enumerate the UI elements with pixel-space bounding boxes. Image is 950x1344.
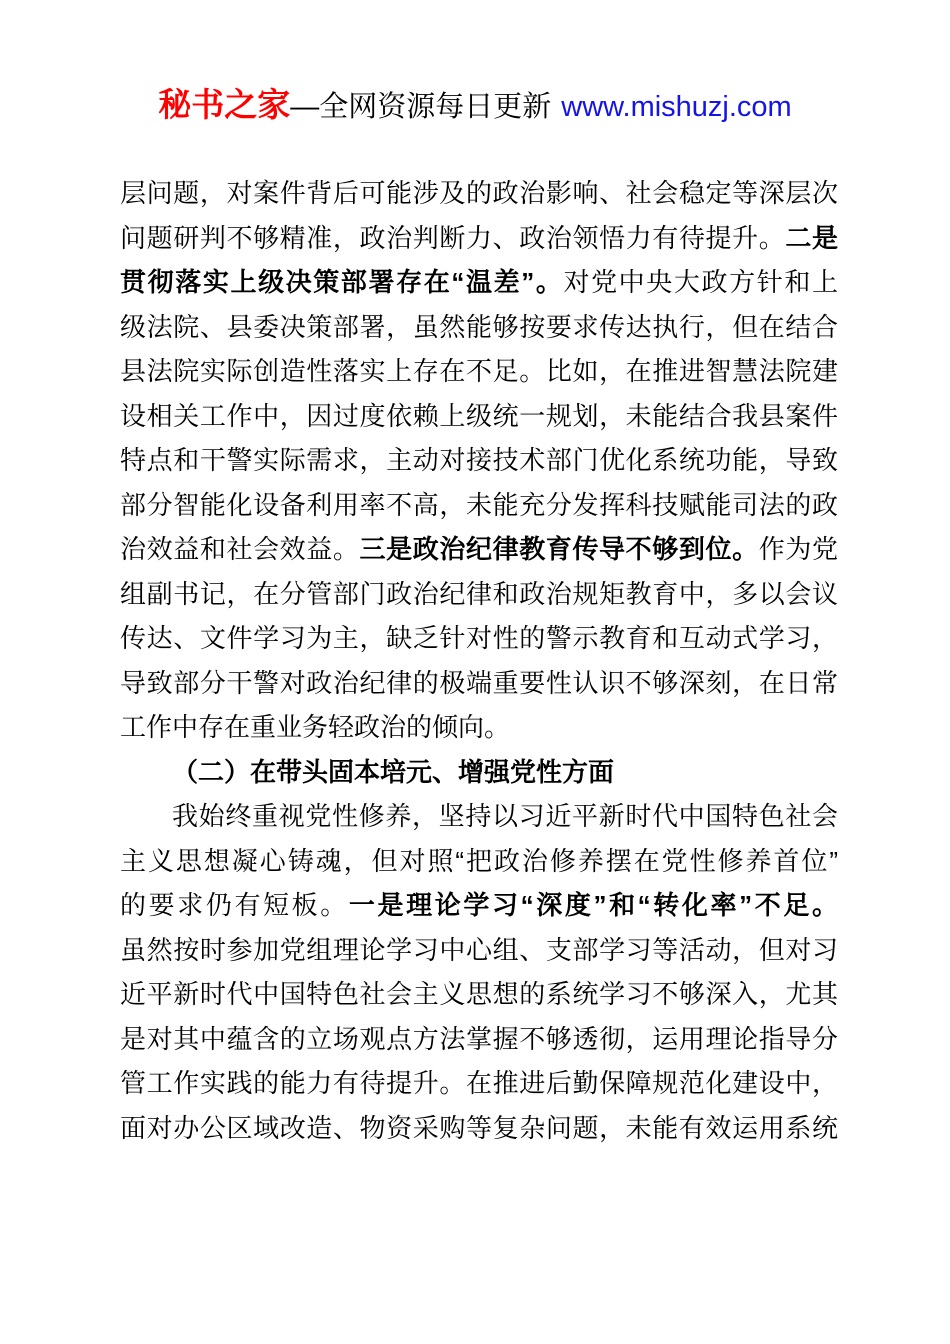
bold-text-segment: 三是政治纪律教育传导不够到位。 (360, 534, 759, 564)
text-segment: 导致部分干警对政治纪律的极端重要性认识不够深刻，在日常 (120, 668, 838, 698)
text-segment: 问题研判不够精准，政治判断力、政治领悟力有待提升。 (120, 223, 785, 253)
site-tagline: —全网资源每日更新 (290, 91, 551, 123)
text-line: 虽然按时参加党组理论学习中心组、支部学习等活动，但对习 (120, 928, 838, 973)
text-segment: 特点和干警实际需求，主动对接技术部门优化系统功能，导致 (120, 445, 838, 475)
text-segment: 传达、文件学习为主，缺乏针对性的警示教育和互动式学习， (120, 623, 838, 653)
text-line: 工作中存在重业务轻政治的倾向。 (120, 705, 838, 750)
text-line: 县法院实际创造性落实上存在不足。比如，在推进智慧法院建 (120, 349, 838, 394)
text-line: 层问题，对案件背后可能涉及的政治影响、社会稳定等深层次 (120, 171, 838, 216)
text-line: 部分智能化设备利用率不高，未能充分发挥科技赋能司法的政 (120, 483, 838, 528)
site-url-link[interactable]: www.mishuzj.com (561, 91, 791, 123)
text-segment: 设相关工作中，因过度依赖上级统一规划，未能结合我县案件 (120, 401, 838, 431)
text-segment: 层问题，对案件背后可能涉及的政治影响、社会稳定等深层次 (120, 178, 838, 208)
text-segment: 近平新时代中国特色社会主义思想的系统学习不够深入，尤其 (120, 979, 838, 1009)
text-line: 特点和干警实际需求，主动对接技术部门优化系统功能，导致 (120, 438, 838, 483)
text-line: 组副书记，在分管部门政治纪律和政治规矩教育中，多以会议 (120, 572, 838, 617)
bold-text-segment: 二是 (785, 223, 838, 253)
text-segment: 工作中存在重业务轻政治的倾向。 (120, 712, 510, 742)
text-line: 主义思想凝心铸魂，但对照“把政治修养摆在党性修养首位” (120, 839, 838, 884)
text-line: 传达、文件学习为主，缺乏针对性的警示教育和互动式学习， (120, 616, 838, 661)
text-line: 管工作实践的能力有待提升。在推进后勤保障规范化建设中， (120, 1061, 838, 1106)
text-segment: 我始终重视党性修养，坚持以习近平新时代中国特色社会 (172, 801, 838, 831)
text-line: 面对办公区域改造、物资采购等复杂问题，未能有效运用系统 (120, 1106, 838, 1151)
text-segment: 作为党 (759, 534, 838, 564)
text-line: 我始终重视党性修养，坚持以习近平新时代中国特色社会 (120, 794, 838, 839)
text-segment: 治效益和社会效益。 (120, 534, 360, 564)
text-segment: 是对其中蕴含的立场观点方法掌握不够透彻，运用理论指导分 (120, 1024, 838, 1054)
text-segment: 部分智能化设备利用率不高，未能充分发挥科技赋能司法的政 (120, 490, 838, 520)
document-body: 层问题，对案件背后可能涉及的政治影响、社会稳定等深层次问题研判不够精准，政治判断… (120, 171, 838, 1150)
text-line: 设相关工作中，因过度依赖上级统一规划，未能结合我县案件 (120, 394, 838, 439)
bold-text-segment: 一是理论学习“深度”和“转化率”不足。 (349, 890, 838, 920)
text-line: 是对其中蕴含的立场观点方法掌握不够透彻，运用理论指导分 (120, 1017, 838, 1062)
text-segment: 面对办公区域改造、物资采购等复杂问题，未能有效运用系统 (120, 1113, 838, 1143)
text-line: 的要求仍有短板。一是理论学习“深度”和“转化率”不足。 (120, 883, 838, 928)
text-line: 贯彻落实上级决策部署存在“温差”。对党中央大政方针和上 (120, 260, 838, 305)
text-line: 近平新时代中国特色社会主义思想的系统学习不够深入，尤其 (120, 972, 838, 1017)
site-header: 秘书之家—全网资源每日更新www.mishuzj.com (0, 86, 950, 126)
text-line: 问题研判不够精准，政治判断力、政治领悟力有待提升。二是 (120, 216, 838, 261)
text-segment: 组副书记，在分管部门政治纪律和政治规矩教育中，多以会议 (120, 579, 838, 609)
text-segment: 级法院、县委决策部署，虽然能够按要求传达执行，但在结合 (120, 312, 838, 342)
document-page: 秘书之家—全网资源每日更新www.mishuzj.com 层问题，对案件背后可能… (0, 0, 950, 1344)
bold-text-segment: 贯彻落实上级决策部署存在“温差”。 (120, 267, 563, 297)
text-segment: 虽然按时参加党组理论学习中心组、支部学习等活动，但对习 (120, 935, 838, 965)
text-line: 导致部分干警对政治纪律的极端重要性认识不够深刻，在日常 (120, 661, 838, 706)
text-segment: 对党中央大政方针和上 (563, 267, 838, 297)
text-segment: 县法院实际创造性落实上存在不足。比如，在推进智慧法院建 (120, 356, 838, 386)
text-line: 级法院、县委决策部署，虽然能够按要求传达执行，但在结合 (120, 305, 838, 350)
section-heading: （二）在带头固本培元、增强党性方面 (120, 750, 838, 795)
text-line: 治效益和社会效益。三是政治纪律教育传导不够到位。作为党 (120, 527, 838, 572)
text-segment: 管工作实践的能力有待提升。在推进后勤保障规范化建设中， (120, 1068, 838, 1098)
site-name: 秘书之家 (158, 86, 290, 123)
bold-text-segment: （二）在带头固本培元、增强党性方面 (172, 757, 614, 787)
text-segment: 的要求仍有短板。 (120, 890, 349, 920)
text-segment: 主义思想凝心铸魂，但对照“把政治修养摆在党性修养首位” (120, 846, 838, 876)
